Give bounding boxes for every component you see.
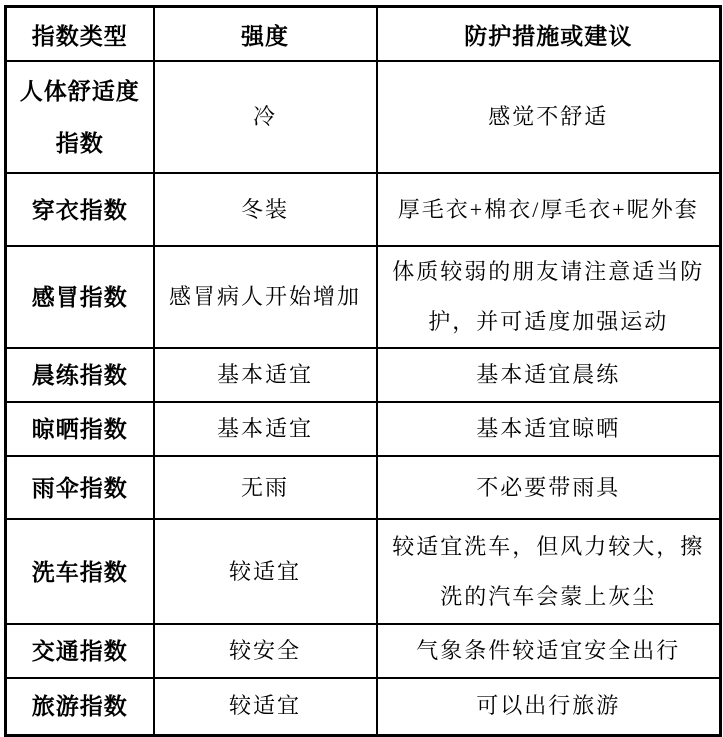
table-row: 旅游指数 较适宜 可以出行旅游	[6, 678, 721, 726]
strength-cell: 冬装	[154, 173, 377, 246]
index-type-cell: 感冒指数	[6, 246, 154, 348]
index-type-cell: 旅游指数	[6, 678, 154, 726]
strength-cell: 基本适宜	[154, 402, 377, 456]
table-row: 人体舒适度指数 冷 感觉不舒适	[6, 61, 721, 173]
weather-index-table: 指数类型 强度 防护措施或建议 人体舒适度指数 冷 感觉不舒适 穿衣指数 冬装 …	[4, 5, 722, 726]
advice-cell: 可以出行旅游	[377, 678, 721, 726]
table-row: 晨练指数 基本适宜 基本适宜晨练	[6, 348, 721, 402]
index-type-cell: 交通指数	[6, 624, 154, 678]
strength-cell: 无雨	[154, 456, 377, 519]
header-strength: 强度	[154, 7, 377, 62]
strength-cell: 冷	[154, 61, 377, 173]
table-row: 交通指数 较安全 气象条件较适宜安全出行	[6, 624, 721, 678]
weather-index-table-container: 指数类型 强度 防护措施或建议 人体舒适度指数 冷 感觉不舒适 穿衣指数 冬装 …	[4, 5, 722, 726]
advice-cell: 较适宜洗车，但风力较大，擦洗的汽车会蒙上灰尘	[377, 519, 721, 624]
index-type-cell: 晾晒指数	[6, 402, 154, 456]
advice-cell: 不必要带雨具	[377, 456, 721, 519]
table-row: 晾晒指数 基本适宜 基本适宜晾晒	[6, 402, 721, 456]
advice-cell: 厚毛衣+棉衣/厚毛衣+呢外套	[377, 173, 721, 246]
table-row: 洗车指数 较适宜 较适宜洗车，但风力较大，擦洗的汽车会蒙上灰尘	[6, 519, 721, 624]
index-type-cell: 晨练指数	[6, 348, 154, 402]
table-row: 感冒指数 感冒病人开始增加 体质较弱的朋友请注意适当防护，并可适度加强运动	[6, 246, 721, 348]
index-type-cell: 人体舒适度指数	[6, 61, 154, 173]
index-type-cell: 穿衣指数	[6, 173, 154, 246]
table-row: 雨伞指数 无雨 不必要带雨具	[6, 456, 721, 519]
advice-cell: 基本适宜晾晒	[377, 402, 721, 456]
strength-cell: 感冒病人开始增加	[154, 246, 377, 348]
table-header-row: 指数类型 强度 防护措施或建议	[6, 7, 721, 62]
strength-cell: 基本适宜	[154, 348, 377, 402]
advice-cell: 基本适宜晨练	[377, 348, 721, 402]
header-index-type: 指数类型	[6, 7, 154, 62]
table-row: 穿衣指数 冬装 厚毛衣+棉衣/厚毛衣+呢外套	[6, 173, 721, 246]
strength-cell: 较适宜	[154, 519, 377, 624]
strength-cell: 较安全	[154, 624, 377, 678]
advice-cell: 气象条件较适宜安全出行	[377, 624, 721, 678]
header-advice: 防护措施或建议	[377, 7, 721, 62]
strength-cell: 较适宜	[154, 678, 377, 726]
index-type-cell: 洗车指数	[6, 519, 154, 624]
advice-cell: 感觉不舒适	[377, 61, 721, 173]
advice-cell: 体质较弱的朋友请注意适当防护，并可适度加强运动	[377, 246, 721, 348]
index-type-cell: 雨伞指数	[6, 456, 154, 519]
